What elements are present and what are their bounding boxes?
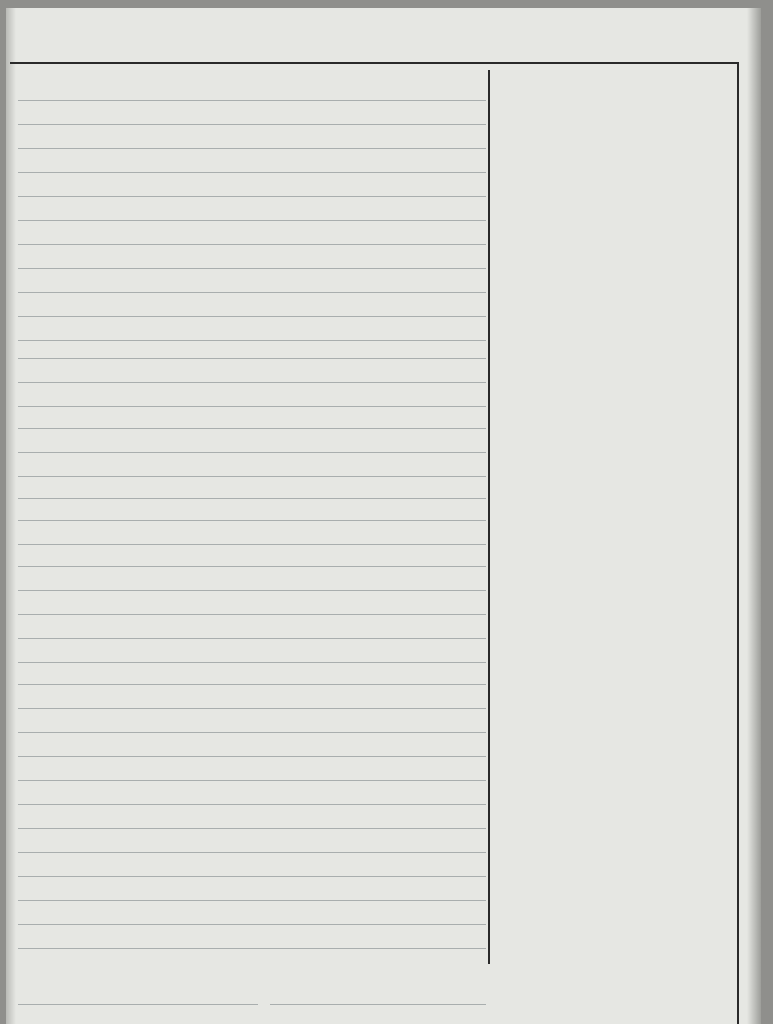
document-page xyxy=(6,8,761,1024)
column-divider xyxy=(488,70,490,964)
page-right-shadow xyxy=(747,8,761,1024)
form-frame xyxy=(10,62,739,1024)
